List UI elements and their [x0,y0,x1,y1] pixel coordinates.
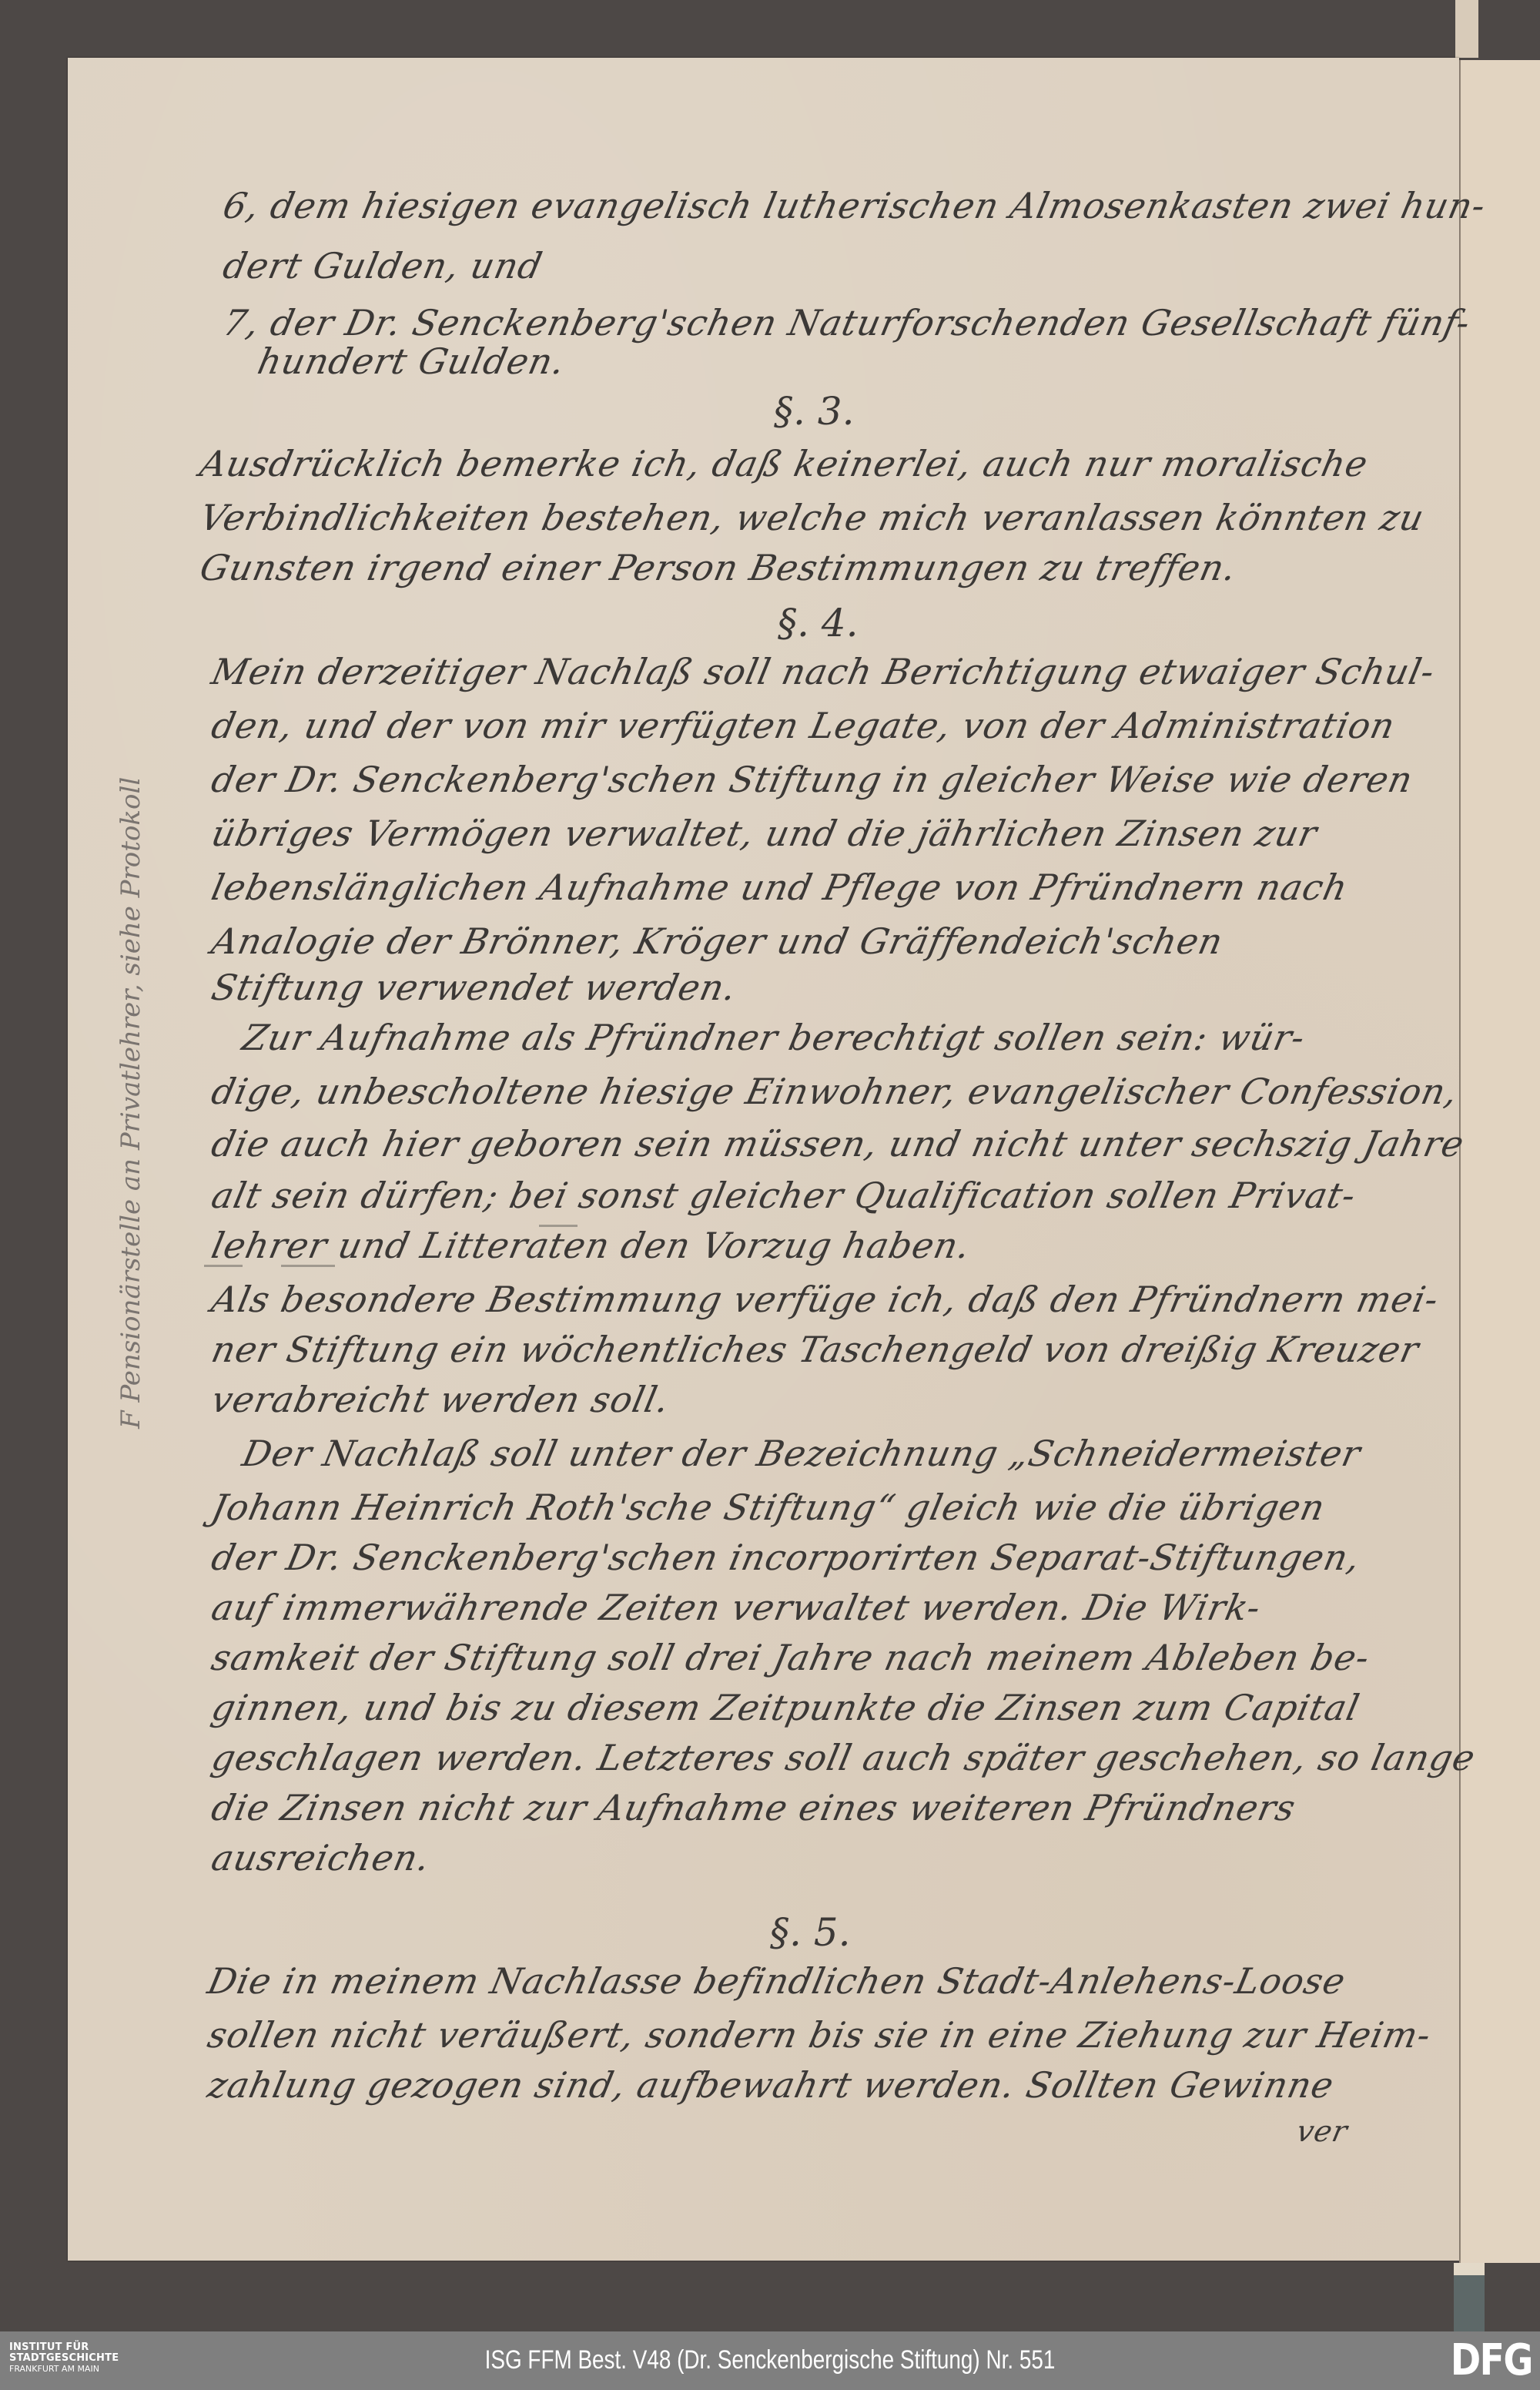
section-4-line: auf immerwährende Zeiten verwaltet werde… [208,1587,1265,1628]
catchword: ver [1294,2114,1351,2148]
item-7-line-1: 7, der Dr. Senckenberg'schen Naturforsch… [219,302,1475,344]
section-3-line: Ausdrücklich bemerke ich, daß keinerlei,… [196,443,1372,484]
section-4-line: Der Nachlaß soll unter der Bezeichnung „… [239,1433,1364,1474]
section-4-line: Stiftung verwendet werden. [208,967,741,1008]
section-4-line: Analogie der Brönner, Kröger und Gräffen… [208,920,1227,962]
pencil-underline-litteraten [281,1265,335,1267]
institute-logo: INSTITUT FÜR STADTGESCHICHTE FRANKFURT A… [9,2342,119,2375]
binding-cloth [1454,2275,1485,2331]
section-5-line: sollen nicht veräußert, sondern bis sie … [204,2014,1435,2056]
section-5-line: Die in meinem Nachlasse befindlichen Sta… [204,1960,1350,2002]
margin-annotation: F Pensionärstelle an Privatlehrer, siehe… [115,777,146,1429]
binding-tab [1454,2263,1485,2275]
section-4-line: ginnen, und bis zu diesem Zeitpunkte die… [208,1687,1364,1728]
section-heading-4: §. 4. [778,601,859,645]
section-heading-3: §. 3. [774,389,855,434]
section-4-line: lebenslänglichen Aufnahme und Pflege von… [208,867,1351,908]
archive-footer-bar: INSTITUT FÜR STADTGESCHICHTE FRANKFURT A… [0,2331,1540,2390]
institute-name-line2: STADTGESCHICHTE [9,2353,119,2364]
archive-shelfmark: ISG FFM Best. V48 (Dr. Senckenbergische … [139,2345,1401,2375]
section-4-line: Johann Heinrich Roth'sche Stiftung“ glei… [208,1487,1329,1528]
section-4-line: verabreicht werden soll. [208,1379,674,1420]
section-4-line: lehrer und Litteraten den Vorzug haben. [208,1225,975,1266]
item-6-line-2: dert Gulden, und [219,245,547,287]
section-4-line: alt sein dürfen; bei sonst gleicher Qual… [208,1175,1360,1216]
pencil-underline-lehrer [204,1265,243,1267]
section-4-line: die Zinsen nicht zur Aufnahme eines weit… [208,1787,1300,1829]
item-7-line-2: hundert Gulden. [254,340,569,382]
section-4-line: Als besondere Bestimmung verfüge ich, da… [208,1279,1443,1320]
pencil-underline-privat [539,1225,577,1227]
section-3-line: Gunsten irgend einer Person Bestimmungen… [196,547,1240,588]
section-4-line: Zur Aufnahme als Pfründner berechtigt so… [239,1017,1309,1058]
section-heading-5: §. 5. [770,1910,851,1955]
item-6-line-1: 6, dem hiesigen evangelisch lutherischen… [219,185,1490,226]
section-4-line: dige, unbescholtene hiesige Einwohner, e… [208,1071,1462,1112]
dfg-logo-icon: DFG [1451,2339,1532,2382]
section-5-line: zahlung gezogen sind, aufbewahrt werden.… [204,2064,1337,2106]
adjacent-page-edge [1459,60,1540,2263]
section-4-line: geschlagen werden. Letzteres soll auch s… [208,1737,1479,1778]
binding-strip-top [1455,0,1478,58]
section-4-line: ausreichen. [208,1837,434,1879]
section-4-line: ner Stiftung ein wöchentliches Taschenge… [208,1329,1423,1370]
section-4-line: die auch hier geboren sein müssen, und n… [208,1123,1468,1165]
institute-name-line1: INSTITUT FÜR [9,2342,119,2353]
section-4-line: der Dr. Senckenberg'schen Stiftung in gl… [208,759,1417,800]
section-4-line: samkeit der Stiftung soll drei Jahre nac… [208,1637,1374,1678]
section-4-line: den, und der von mir verfügten Legate, v… [208,705,1399,746]
institute-location: FRANKFURT AM MAIN [9,2364,119,2375]
section-4-line: übriges Vermögen verwaltet, und die jähr… [208,813,1321,854]
section-4-line: der Dr. Senckenberg'schen incorporirten … [208,1537,1364,1578]
section-3-line: Verbindlichkeiten bestehen, welche mich … [196,497,1428,538]
section-4-line: Mein derzeitiger Nachlaß soll nach Beric… [208,651,1438,692]
